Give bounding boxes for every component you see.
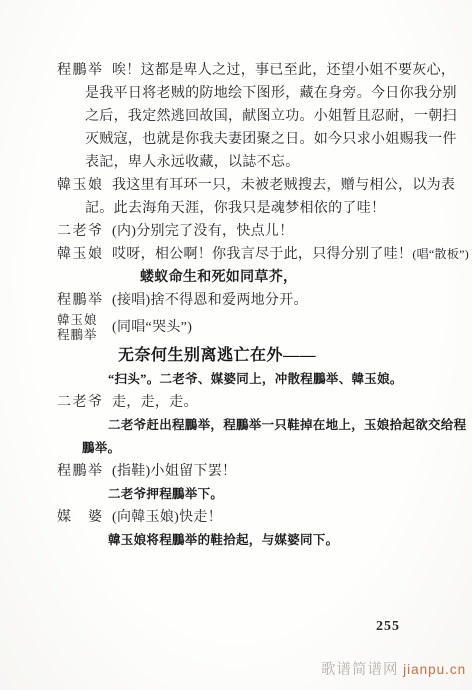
watermark-site-name: 歌谱简谱网 [321, 662, 399, 678]
script-line: 媒 婆(向韓玉娘)快走！ [0, 506, 472, 529]
lyric-text: 蝼蚁命生和死如同草芥， [140, 270, 297, 285]
speech-text: (向韓玉娘)快走！ [112, 510, 222, 525]
stage-direction-text: 韓玉娘将程鵬举的鞋拾起，与媒婆同下。 [108, 533, 338, 547]
script-line: 二老爷(内)分别完了没有，快点儿！ [0, 220, 472, 243]
aria-note: (唱“散板”) [412, 247, 469, 261]
sung-lyric-line: 无奈何生别离逃亡在外—— [0, 343, 472, 368]
script-line: 之后，我定然逃回故国，献图立功。小姐暂且忍耐，一朝扫 [0, 105, 472, 128]
speech-text: 哎呀，相公啊！你我言尽于此，只得分别了哇！ [112, 247, 412, 262]
script-content: 程鵬举唉！这都是卑人之过，事已至此，还望小姐不要灰心， 是我平日将老贼的防地绘下… [0, 59, 472, 552]
speech-text: (指鞋)小姐留下罢！ [112, 464, 236, 479]
speaker-name: 程鵬举 [57, 328, 112, 343]
script-line: 韓玉娘哎呀，相公啊！你我言尽于此，只得分别了哇！(唱“散板”) [0, 243, 472, 266]
script-line: 韓玉娘我这里有耳环一只，未被老贼搜去，赠与相公，以为表 [0, 174, 472, 197]
speech-text: 之后，我定然逃回故国，献图立功。小姐暂且忍耐，一朝扫 [85, 109, 457, 124]
stage-direction: “扫头”。二老爷、媒婆同上，冲散程鵬举、韓玉娘。 [0, 368, 472, 391]
speech-text: 灭贼寇，也就是你我夫妻团聚之日。如今只求小姐赐我一件 [85, 132, 457, 147]
script-line: 記。此去海角天涯，你我只是魂梦相依的了哇！ [0, 197, 472, 220]
page-number: 255 [376, 619, 400, 635]
stage-direction-text: 二老爷押程鵬举下。 [108, 487, 223, 501]
script-line: 程鵬举(指鞋)小姐留下罢！ [0, 460, 472, 483]
script-line: 程鵬举唉！这都是卑人之过，事已至此，还望小姐不要灰心， [0, 59, 472, 82]
script-line: 二老爷走，走，走。 [0, 391, 472, 414]
stage-direction-text: 鵬举。 [82, 441, 120, 455]
lyric-text: 无奈何生别离逃亡在外—— [118, 347, 316, 364]
speaker-name: 韓玉娘 [57, 174, 112, 197]
speaker-name: 媒 婆 [57, 506, 112, 529]
speaker-name: 程鵬举 [57, 460, 112, 483]
speaker-name: 二老爷 [57, 220, 112, 243]
stage-direction: 二老爷押程鵬举下。 [0, 483, 472, 506]
script-line: 是我平日将老贼的防地绘下图形，藏在身旁。今日你我分别 [0, 82, 472, 105]
stage-direction-text: “扫头”。二老爷、媒婆同上，冲散程鵬举、韓玉娘。 [108, 372, 403, 386]
stage-direction: 二老爷赶出程鵬举，程鵬举一只鞋掉在地上，玉娘拾起欲交给程 [0, 414, 472, 437]
script-line: 表記，卑人永远收藏，以誌不忘。 [0, 151, 472, 174]
speech-text: 表記，卑人永远收藏，以誌不忘。 [85, 155, 300, 170]
scanned-script-page: { "script": { "lines": [ {"speaker": "程鵬… [0, 0, 472, 690]
speech-text: 記。此去海角天涯，你我只是魂梦相依的了哇！ [85, 201, 385, 216]
speaker-name-stack: 韓玉娘 程鵬举 [57, 313, 112, 343]
stage-direction: 鵬举。 [0, 437, 472, 460]
script-line: 灭贼寇，也就是你我夫妻团聚之日。如今只求小姐赐我一件 [0, 128, 472, 151]
speaker-name: 韓玉娘 [57, 313, 112, 328]
speech-text: 走，走，走。 [112, 395, 198, 410]
speaker-name: 程鵬举 [57, 59, 112, 82]
speech-text: (内)分别完了没有，快点儿！ [112, 224, 294, 239]
speaker-name: 韓玉娘 [57, 243, 112, 266]
watermark-site-url: jianpu.cn [403, 662, 466, 677]
speech-text: 唉！这都是卑人之过，事已至此，还望小姐不要灰心， [112, 63, 455, 78]
speech-text: (同唱“哭头”) [112, 316, 192, 339]
speaker-name: 程鵬举 [57, 289, 112, 312]
watermark: 歌谱简谱网 jianpu.cn [321, 658, 466, 679]
script-line-dual-speaker: 韓玉娘 程鵬举 (同唱“哭头”) [0, 312, 472, 343]
speech-text: 是我平日将老贼的防地绘下图形，藏在身旁。今日你我分别 [85, 86, 457, 101]
stage-direction-text: 二老爷赶出程鵬举，程鵬举一只鞋掉在地上，玉娘拾起欲交给程 [108, 418, 466, 432]
book-page: 程鵬举唉！这都是卑人之过，事已至此，还望小姐不要灰心， 是我平日将老贼的防地绘下… [0, 0, 472, 690]
script-line: 程鵬举(接唱)捨不得恩和爱两地分开。 [0, 289, 472, 312]
sung-lyric-line: 蝼蚁命生和死如同草芥， [0, 266, 472, 289]
stage-direction: 韓玉娘将程鵬举的鞋拾起，与媒婆同下。 [0, 529, 472, 552]
speaker-name: 二老爷 [57, 391, 112, 414]
speech-text: 我这里有耳环一只，未被老贼搜去，赠与相公，以为表 [112, 178, 455, 193]
speech-text: (接唱)捨不得恩和爱两地分开。 [112, 293, 308, 308]
